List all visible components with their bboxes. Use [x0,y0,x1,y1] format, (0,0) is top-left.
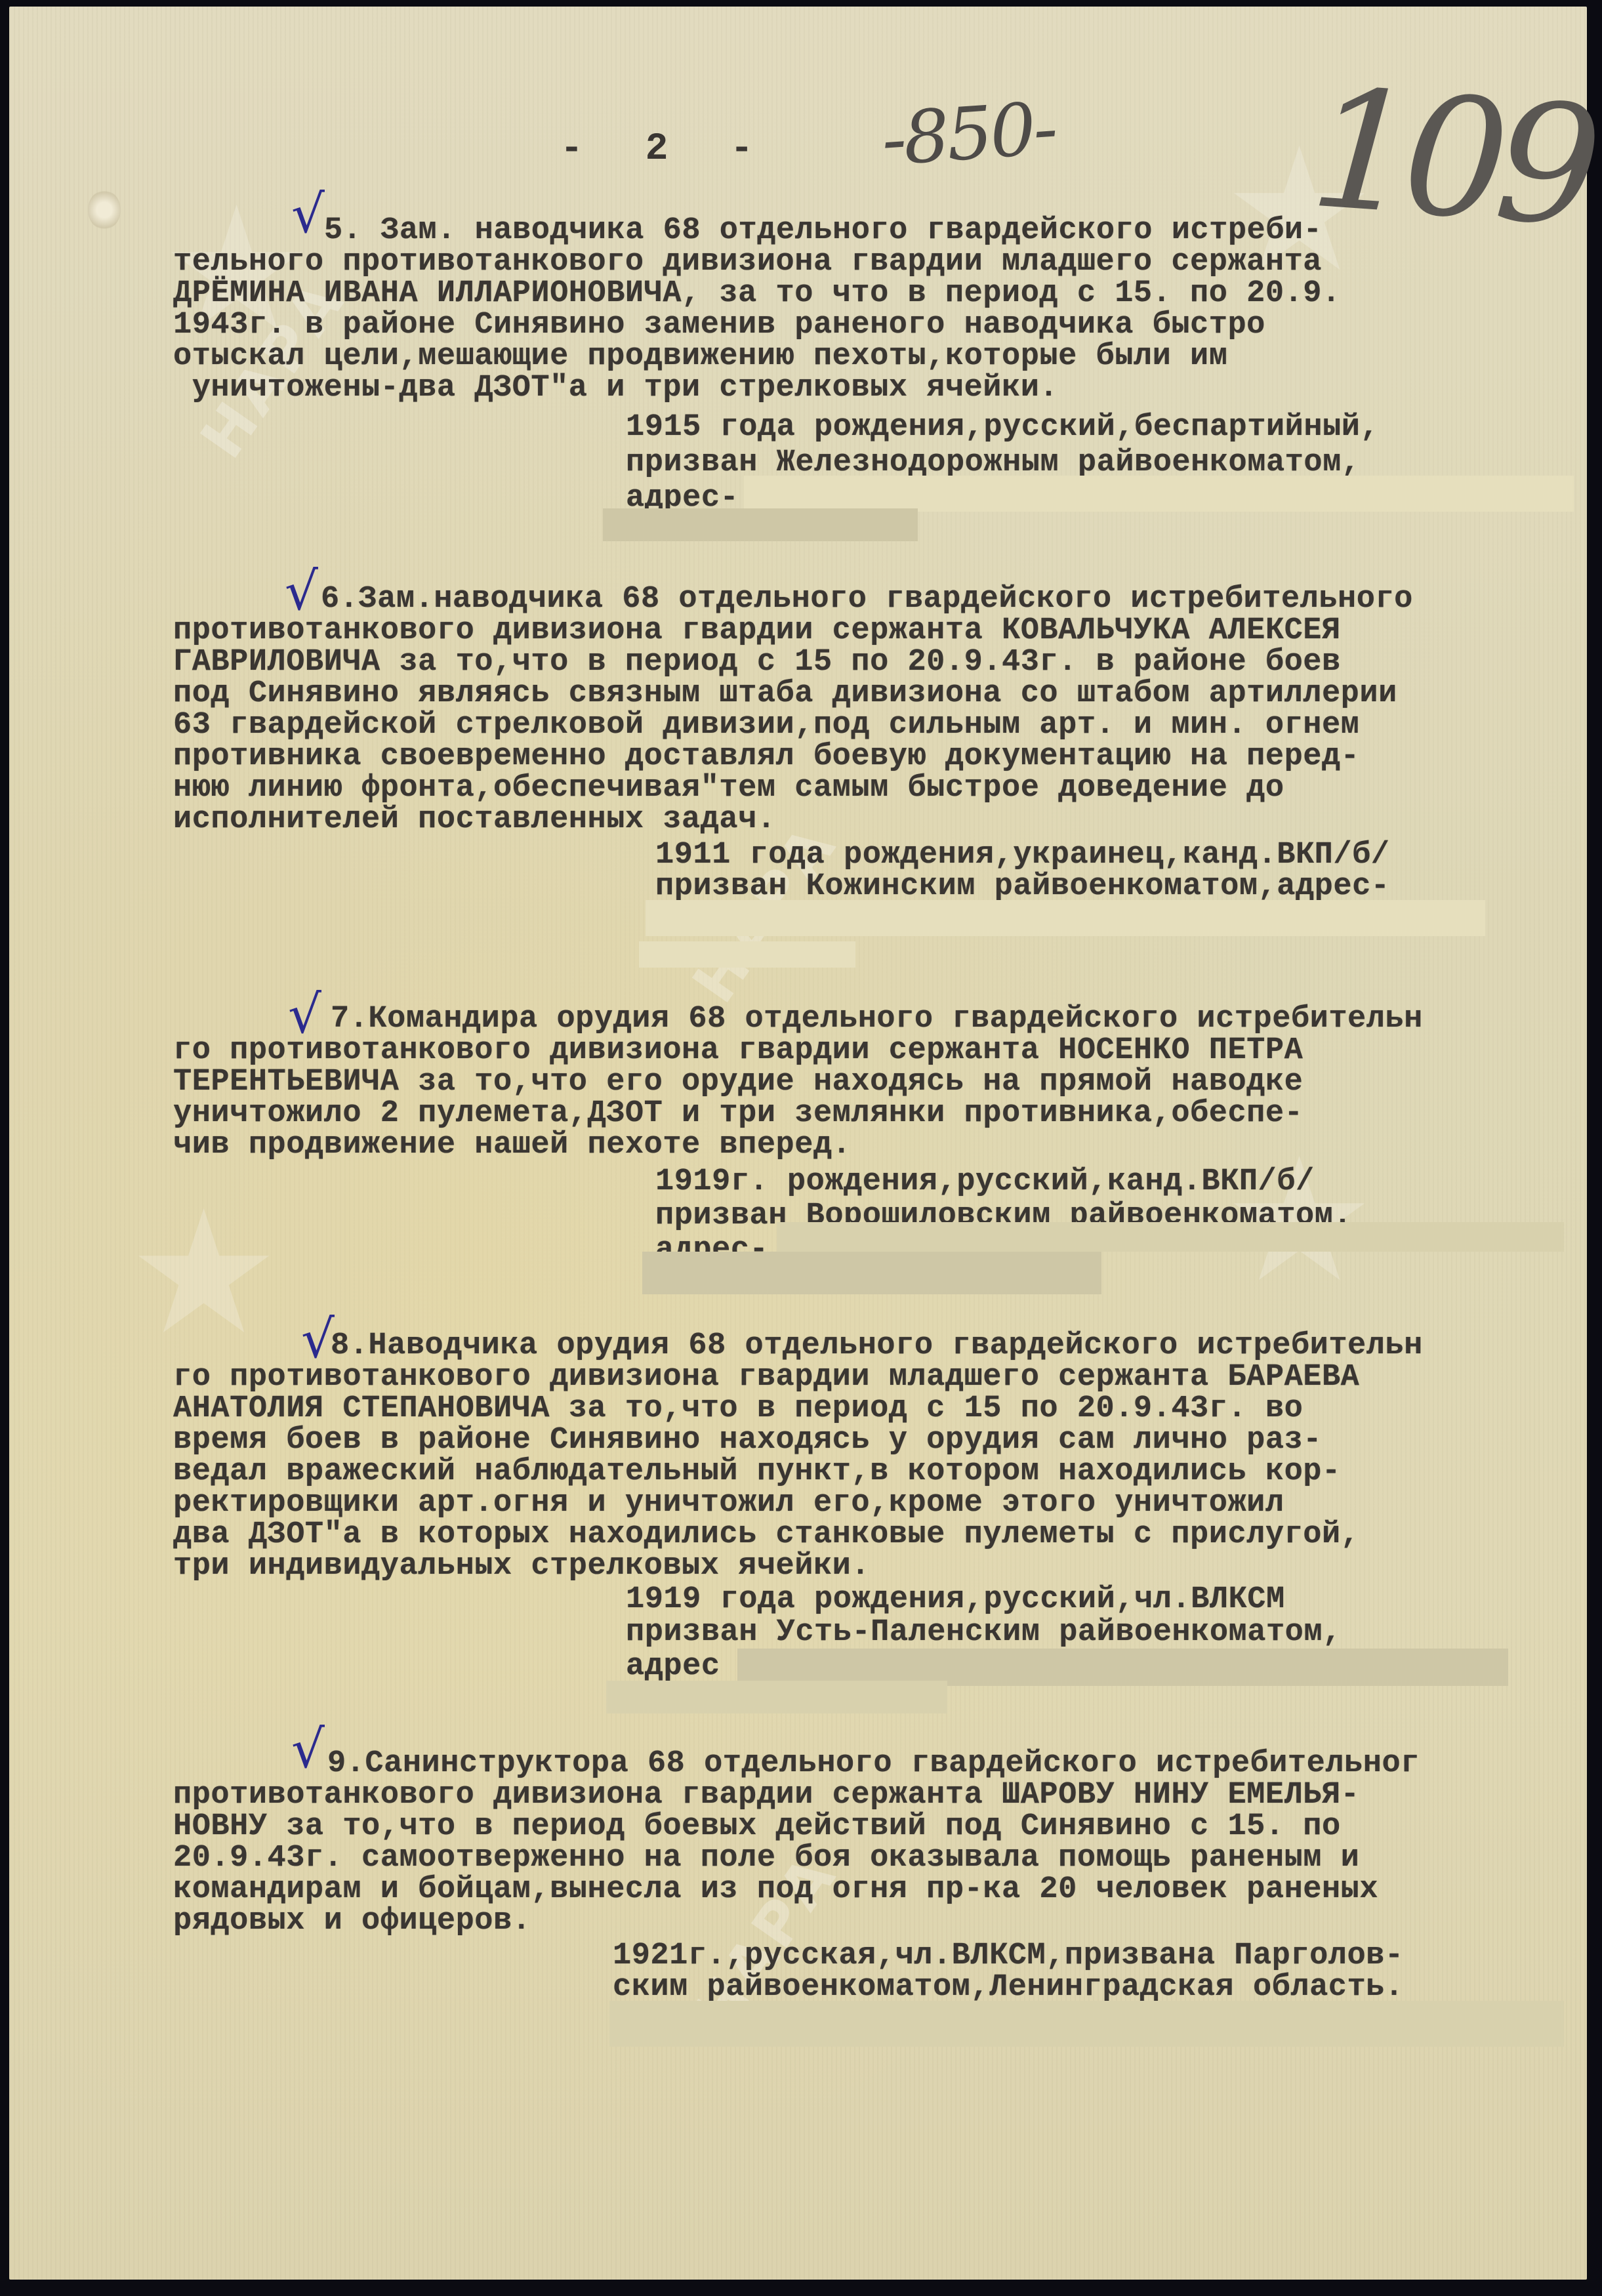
entry-9-line-3: НОВНУ за то,что в период боевых действий… [173,1811,1341,1843]
entry-8-line-3: АНАТОЛИЯ СТЕПАНОВИЧА за то,что в период … [173,1393,1303,1425]
entry-5-line-4: 1943г. в районе Синявино заменив раненог… [173,310,1265,341]
scan-background: ★ ★ ★ ★ НАРА НАРА НАРА - 2 - -850- 109 √… [0,0,1602,2296]
redaction-box [642,1252,1101,1294]
entry-6-line-8: исполнителей поставленных задач. [173,804,776,836]
redaction-box [639,941,855,968]
entry-8-line-4: время боев в районе Синявино находясь у … [173,1425,1322,1456]
redaction-box [603,508,918,541]
entry-6-line-3: ГАВРИЛОВИЧА за то,что в период с 15 по 2… [173,647,1341,678]
entry-8-line-7: два ДЗОТ"а в которых находились станковы… [173,1519,1359,1551]
entry-9-line-4: 20.9.43г. самоотверженно на поле боя ока… [173,1843,1359,1874]
entry-5-line-6: уничтожены-два ДЗОТ"а и три стрелковых я… [173,373,1058,404]
entry-5-line-5: отыскал цели,мешающие продвижению пехоты… [173,341,1227,373]
handwritten-number: -850- [879,86,1058,182]
entry-5-line-1: 5. Зам. наводчика 68 отдельного гвардейс… [324,215,1322,247]
entry-8-line-2: го противотанкового дивизиона гвардии мл… [173,1362,1359,1393]
entry-5-bio-2: призван Железнодорожным райвоенкоматом, [626,447,1360,479]
entry-7-bio-1: 1919г. рождения,русский,канд.ВКП/б/ [655,1166,1315,1198]
redaction-box [646,900,1485,936]
redaction-box [606,1681,947,1713]
entry-5-line-3: ДРЁМИНА ИВАНА ИЛЛАРИОНОВИЧА, за то что в… [173,278,1341,310]
star-watermark-icon: ★ [127,1174,280,1372]
entry-6-line-5: 63 гвардейской стрелковой дивизии,под си… [173,710,1359,741]
archive-sheet-number: 109 [1305,53,1595,263]
entry-7-line-1: 7.Командира орудия 68 отдельного гвардей… [331,1004,1423,1035]
entry-8-line-1: 8.Наводчика орудия 68 отдельного гвардей… [331,1330,1423,1362]
document-page: ★ ★ ★ ★ НАРА НАРА НАРА - 2 - -850- 109 √… [9,7,1587,2280]
entry-5-line-2: тельного противотанкового дивизиона гвар… [173,247,1322,278]
entry-6-line-6: противника своевременно доставлял боевую… [173,741,1359,773]
entry-8-line-6: ректировщики арт.огня и уничтожил его,кр… [173,1488,1284,1519]
entry-8-bio-3: адрес [626,1651,720,1683]
entry-6-line-4: под Синявино являясь связным штаба дивиз… [173,678,1397,710]
entry-8-bio-1: 1919 года рождения,русский,чл.ВЛКСМ [626,1584,1285,1616]
redaction-box [609,2001,1564,2047]
entry-7-line-2: го противотанкового дивизиона гвардии се… [173,1035,1303,1067]
entry-8-line-5: ведал вражеский наблюдательный пункт,в к… [173,1456,1341,1488]
redaction-box [744,476,1574,512]
entry-6-line-7: нюю линию фронта,обеспечивая"тем самым б… [173,773,1284,804]
entry-7-line-4: уничтожило 2 пулемета,ДЗОТ и три землянк… [173,1098,1303,1130]
entry-9-line-2: противотанкового дивизиона гвардии сержа… [173,1780,1359,1811]
entry-9-line-6: рядовых и офицеров. [173,1906,531,1937]
entry-8-bio-2: призван Усть-Паленским райвоенкоматом, [626,1617,1342,1649]
entry-6-line-2: противотанкового дивизиона гвардии сержа… [173,615,1341,647]
entry-9-bio-1: 1921г.,русская,чл.ВЛКСМ,призвана Парголо… [613,1940,1404,1972]
entry-9-line-5: командирам и бойцам,вынесла из под огня … [173,1874,1378,1906]
page-number: - 2 - [560,128,773,171]
entry-9-bio-2: ским райвоенкоматом,Ленинградская област… [613,1972,1404,2003]
entry-8-line-8: три индивидуальных стрелковых ячейки. [173,1551,870,1582]
entry-5-bio-1: 1915 года рождения,русский,беспартийный, [626,412,1379,443]
check-mark-icon: √ [291,184,325,245]
entry-6-bio-1: 1911 года рождения,украинец,канд.ВКП/б/ [655,840,1389,871]
entry-6-line-1: 6.Зам.наводчика 68 отдельного гвардейско… [321,584,1413,615]
check-mark-icon: √ [291,1719,325,1780]
punch-hole [88,190,121,230]
redaction-box [777,1222,1564,1252]
entry-9-line-1: 9.Санинструктора 68 отдельного гвардейск… [327,1748,1420,1780]
entry-6-bio-2: призван Кожинским райвоенкоматом,адрес- [655,871,1389,903]
entry-7-line-3: ТЕРЕНТЬЕВИЧА за то,что его орудие находя… [173,1067,1303,1098]
entry-7-line-5: чив продвижение нашей пехоте вперед. [173,1130,851,1161]
